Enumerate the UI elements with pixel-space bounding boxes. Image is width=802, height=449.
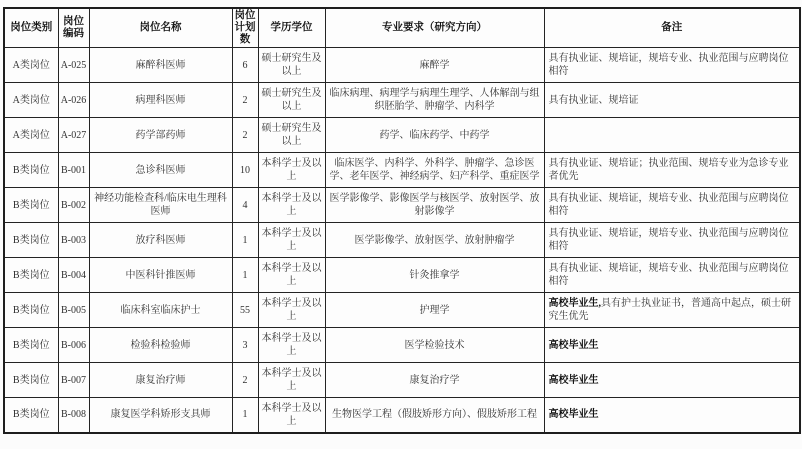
cell-name: 病理科医师 <box>89 83 232 118</box>
cell-code: B-006 <box>58 328 89 363</box>
cell-remark: 具有执业证、规培证，规培专业、执业范围与应聘岗位相符 <box>544 188 800 223</box>
table-row: B类岗位 B-003 放疗科医师 1 本科学士及以上 医学影像学、放射医学、放射… <box>4 223 800 258</box>
cell-major: 医学检验技术 <box>325 328 544 363</box>
table-row: B类岗位 B-005 临床科室临床护士 55 本科学士及以上 护理学 高校毕业生… <box>4 293 800 328</box>
cell-major: 药学、临床药学、中药学 <box>325 118 544 153</box>
cell-name: 放疗科医师 <box>89 223 232 258</box>
cell-remark: 具有执业证、规培证；执业范围、规培专业为急诊专业者优先 <box>544 153 800 188</box>
cell-remark: 具有执业证、规培证，规培专业、执业范围与应聘岗位相符 <box>544 223 800 258</box>
remark-text: 具有执业证、规培证 <box>549 95 639 106</box>
cell-name: 康复医学科矫形支具师 <box>89 398 232 433</box>
cell-category: B类岗位 <box>4 363 58 398</box>
cell-category: B类岗位 <box>4 398 58 433</box>
cell-major: 生物医学工程（假肢矫形方向）、假肢矫形工程 <box>325 398 544 433</box>
table-row: A类岗位 A-026 病理科医师 2 硕士研究生及以上 临床病理、病理学与病理生… <box>4 83 800 118</box>
cell-remark <box>544 118 800 153</box>
cell-major: 医学影像学、影像医学与核医学、放射医学、放射影像学 <box>325 188 544 223</box>
table-row: B类岗位 B-007 康复治疗师 2 本科学士及以上 康复治疗学 高校毕业生 <box>4 363 800 398</box>
cell-degree: 本科学士及以上 <box>258 258 325 293</box>
cell-remark: 高校毕业生 <box>544 328 800 363</box>
cell-remark: 具有执业证、规培证，规培专业、执业范围与应聘岗位相符 <box>544 48 800 83</box>
cell-name: 康复治疗师 <box>89 363 232 398</box>
cell-count: 55 <box>232 293 258 328</box>
header-degree: 学历学位 <box>258 8 325 48</box>
cell-code: A-026 <box>58 83 89 118</box>
table-row: B类岗位 B-008 康复医学科矫形支具师 1 本科学士及以上 生物医学工程（假… <box>4 398 800 433</box>
cell-count: 10 <box>232 153 258 188</box>
cell-category: B类岗位 <box>4 153 58 188</box>
remark-bold-text: 高校毕业生 <box>549 340 599 351</box>
remark-text: 具有执业证、规培证，规培专业、执业范围与应聘岗位相符 <box>549 263 789 287</box>
cell-major: 麻醉学 <box>325 48 544 83</box>
cell-code: B-001 <box>58 153 89 188</box>
cell-remark: 具有执业证、规培证，规培专业、执业范围与应聘岗位相符 <box>544 258 800 293</box>
cell-remark: 具有执业证、规培证 <box>544 83 800 118</box>
cell-code: B-008 <box>58 398 89 433</box>
cell-count: 1 <box>232 398 258 433</box>
remark-bold-text: 高校毕业生 <box>549 409 599 420</box>
header-code: 岗位编码 <box>58 8 89 48</box>
cell-major: 针灸推拿学 <box>325 258 544 293</box>
cell-major: 医学影像学、放射医学、放射肿瘤学 <box>325 223 544 258</box>
cell-degree: 本科学士及以上 <box>258 328 325 363</box>
cell-code: A-025 <box>58 48 89 83</box>
header-row: 岗位类别 岗位编码 岗位名称 岗位计划数 学历学位 专业要求（研究方向） 备注 <box>4 8 800 48</box>
cell-name: 中医科针推医师 <box>89 258 232 293</box>
cell-name: 检验科检验师 <box>89 328 232 363</box>
cell-major: 康复治疗学 <box>325 363 544 398</box>
job-positions-table: 岗位类别 岗位编码 岗位名称 岗位计划数 学历学位 专业要求（研究方向） 备注 … <box>3 7 801 434</box>
header-count: 岗位计划数 <box>232 8 258 48</box>
remark-bold-text: 高校毕业生, <box>549 298 602 309</box>
header-category: 岗位类别 <box>4 8 58 48</box>
cell-major: 临床病理、病理学与病理生理学、人体解剖与组织胚胎学、肿瘤学、内科学 <box>325 83 544 118</box>
cell-major: 护理学 <box>325 293 544 328</box>
cell-count: 2 <box>232 363 258 398</box>
remark-text: 具有执业证、规培证，规培专业、执业范围与应聘岗位相符 <box>549 53 789 77</box>
table-row: A类岗位 A-027 药学部药师 2 硕士研究生及以上 药学、临床药学、中药学 <box>4 118 800 153</box>
cell-count: 2 <box>232 83 258 118</box>
remark-text: 具有执业证、规培证，规培专业、执业范围与应聘岗位相符 <box>549 228 789 252</box>
cell-code: B-005 <box>58 293 89 328</box>
cell-degree: 本科学士及以上 <box>258 223 325 258</box>
cell-category: A类岗位 <box>4 118 58 153</box>
remark-text: 具有执业证、规培证，规培专业、执业范围与应聘岗位相符 <box>549 193 789 217</box>
cell-name: 急诊科医师 <box>89 153 232 188</box>
table-row: B类岗位 B-001 急诊科医师 10 本科学士及以上 临床医学、内科学、外科学… <box>4 153 800 188</box>
cell-code: B-007 <box>58 363 89 398</box>
cell-remark: 高校毕业生,具有护士执业证书，普通高中起点，硕士研究生优先 <box>544 293 800 328</box>
header-remark: 备注 <box>544 8 800 48</box>
cell-count: 4 <box>232 188 258 223</box>
remark-text: 具有执业证、规培证；执业范围、规培专业为急诊专业者优先 <box>549 158 789 182</box>
cell-category: B类岗位 <box>4 223 58 258</box>
cell-degree: 本科学士及以上 <box>258 293 325 328</box>
cell-count: 3 <box>232 328 258 363</box>
header-name: 岗位名称 <box>89 8 232 48</box>
cell-category: A类岗位 <box>4 83 58 118</box>
cell-code: B-003 <box>58 223 89 258</box>
cell-remark: 高校毕业生 <box>544 363 800 398</box>
cell-category: A类岗位 <box>4 48 58 83</box>
cell-code: B-002 <box>58 188 89 223</box>
cell-major: 临床医学、内科学、外科学、肿瘤学、急诊医学、老年医学、神经病学、妇产科学、重症医… <box>325 153 544 188</box>
cell-degree: 硕士研究生及以上 <box>258 48 325 83</box>
cell-count: 1 <box>232 223 258 258</box>
table-row: B类岗位 B-004 中医科针推医师 1 本科学士及以上 针灸推拿学 具有执业证… <box>4 258 800 293</box>
remark-bold-text: 高校毕业生 <box>549 375 599 386</box>
cell-count: 2 <box>232 118 258 153</box>
table-row: B类岗位 B-002 神经功能检查科/临床电生理科医师 4 本科学士及以上 医学… <box>4 188 800 223</box>
table-row: A类岗位 A-025 麻醉科医师 6 硕士研究生及以上 麻醉学 具有执业证、规培… <box>4 48 800 83</box>
cell-name: 临床科室临床护士 <box>89 293 232 328</box>
cell-remark: 高校毕业生 <box>544 398 800 433</box>
cell-name: 药学部药师 <box>89 118 232 153</box>
cell-code: A-027 <box>58 118 89 153</box>
header-major: 专业要求（研究方向） <box>325 8 544 48</box>
cell-degree: 本科学士及以上 <box>258 363 325 398</box>
cell-category: B类岗位 <box>4 258 58 293</box>
cell-category: B类岗位 <box>4 293 58 328</box>
cell-degree: 本科学士及以上 <box>258 398 325 433</box>
cell-degree: 本科学士及以上 <box>258 153 325 188</box>
recruitment-table-page: 岗位类别 岗位编码 岗位名称 岗位计划数 学历学位 专业要求（研究方向） 备注 … <box>0 0 802 449</box>
cell-count: 6 <box>232 48 258 83</box>
cell-name: 麻醉科医师 <box>89 48 232 83</box>
cell-count: 1 <box>232 258 258 293</box>
cell-category: B类岗位 <box>4 328 58 363</box>
cell-degree: 本科学士及以上 <box>258 188 325 223</box>
cell-category: B类岗位 <box>4 188 58 223</box>
cell-degree: 硕士研究生及以上 <box>258 83 325 118</box>
cell-name: 神经功能检查科/临床电生理科医师 <box>89 188 232 223</box>
table-row: B类岗位 B-006 检验科检验师 3 本科学士及以上 医学检验技术 高校毕业生 <box>4 328 800 363</box>
cell-code: B-004 <box>58 258 89 293</box>
cell-degree: 硕士研究生及以上 <box>258 118 325 153</box>
